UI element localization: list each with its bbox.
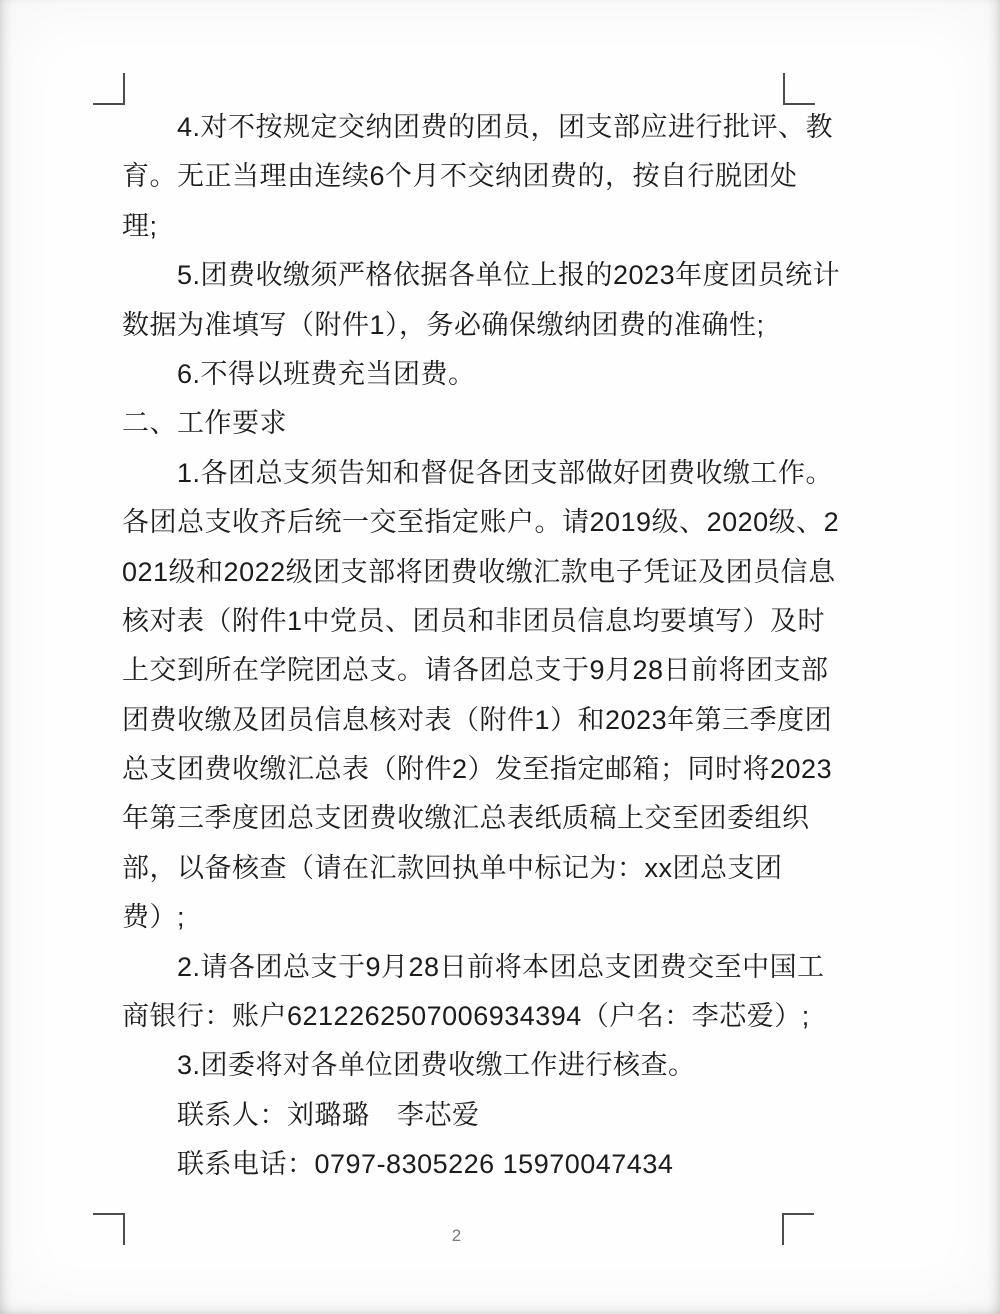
- crop-mark-top-left-icon: [93, 73, 125, 105]
- text-line: 各团总支收齐后统一交至指定账户。请2019级、2020级、2: [122, 498, 814, 547]
- text-line: 数据为准填写（附件1），务必确保缴纳团费的准确性;: [122, 301, 814, 350]
- text-line: 2.请各团总支于9月28日前将本团总支团费交至中国工: [122, 943, 814, 992]
- crop-mark-bottom-left-icon: [93, 1213, 125, 1245]
- page-number: 2: [122, 1226, 792, 1246]
- contact-person-line: 联系人：刘璐璐 李芯爱: [122, 1091, 814, 1140]
- text-line: 总支团费收缴汇总表（附件2）发至指定邮箱；同时将2023: [122, 745, 814, 794]
- text-line: 理;: [122, 202, 814, 251]
- document-body: 4.对不按规定交纳团费的团员，团支部应进行批评、教育。无正当理由连续6个月不交纳…: [122, 103, 814, 1190]
- text-line: 上交到所在学院团总支。请各团总支于9月28日前将团支部: [122, 646, 814, 695]
- document-page: 4.对不按规定交纳团费的团员，团支部应进行批评、教育。无正当理由连续6个月不交纳…: [0, 0, 1000, 1314]
- text-line: 1.各团总支须告知和督促各团支部做好团费收缴工作。: [122, 449, 814, 498]
- text-line: 4.对不按规定交纳团费的团员，团支部应进行批评、教: [122, 103, 814, 152]
- text-line: 商银行：账户6212262507006934394（户名：李芯爱）;: [122, 992, 814, 1041]
- text-line: 部，以备核查（请在汇款回执单中标记为：xx团总支团: [122, 844, 814, 893]
- text-line: 021级和2022级团支部将团费收缴汇款电子凭证及团员信息: [122, 548, 814, 597]
- text-line: 核对表（附件1中党员、团员和非团员信息均要填写）及时: [122, 597, 814, 646]
- text-line: 3.团委将对各单位团费收缴工作进行核查。: [122, 1041, 814, 1090]
- section-heading-work-requirements: 二、工作要求: [122, 399, 814, 448]
- text-line: 6.不得以班费充当团费。: [122, 350, 814, 399]
- text-line: 年第三季度团总支团费收缴汇总表纸质稿上交至团委组织: [122, 794, 814, 843]
- text-line: 5.团费收缴须严格依据各单位上报的2023年度团员统计: [122, 251, 814, 300]
- text-line: 育。无正当理由连续6个月不交纳团费的，按自行脱团处: [122, 152, 814, 201]
- text-line: 费）;: [122, 893, 814, 942]
- text-line: 团费收缴及团员信息核对表（附件1）和2023年第三季度团: [122, 696, 814, 745]
- contact-phone-line: 联系电话：0797-8305226 15970047434: [122, 1140, 814, 1189]
- crop-mark-top-right-icon: [783, 73, 815, 105]
